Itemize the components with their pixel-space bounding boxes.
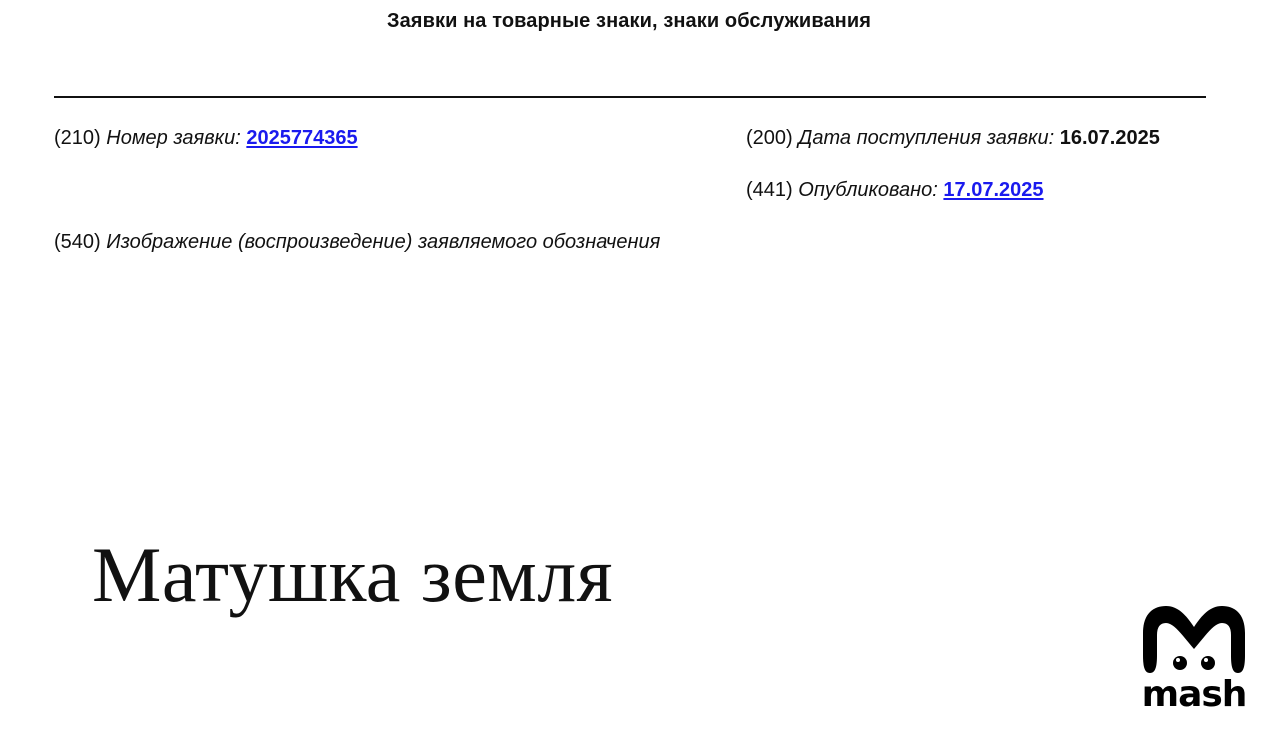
published-date-link[interactable]: 17.07.2025 (943, 179, 1043, 201)
mash-wordmark: mash (1140, 677, 1248, 713)
field-code: (441) (746, 179, 793, 201)
field-label: Изображение (воспроизведение) заявляемог… (106, 231, 660, 253)
field-published: (441) Опубликовано: 17.07.2025 (746, 179, 1044, 202)
field-code: (210) (54, 127, 101, 149)
document-title: Заявки на товарные знаки, знаки обслужив… (0, 10, 1258, 33)
field-label: Номер заявки: (106, 127, 241, 149)
field-filing-date: (200) Дата поступления заявки: 16.07.202… (746, 127, 1160, 150)
mash-watermark: mash (1140, 603, 1248, 721)
mash-cat-logo-icon (1140, 603, 1248, 679)
horizontal-divider (54, 96, 1206, 98)
field-label: Дата поступления заявки: (798, 127, 1054, 149)
field-label: Опубликовано: (798, 179, 938, 201)
field-application-number: (210) Номер заявки: 2025774365 (54, 127, 358, 150)
application-number-link[interactable]: 2025774365 (246, 127, 357, 149)
filing-date-value: 16.07.2025 (1060, 127, 1160, 149)
field-code: (200) (746, 127, 793, 149)
field-code: (540) (54, 231, 101, 253)
field-mark-image: (540) Изображение (воспроизведение) заяв… (54, 231, 660, 254)
trademark-image-text: Матушка земля (92, 530, 613, 620)
